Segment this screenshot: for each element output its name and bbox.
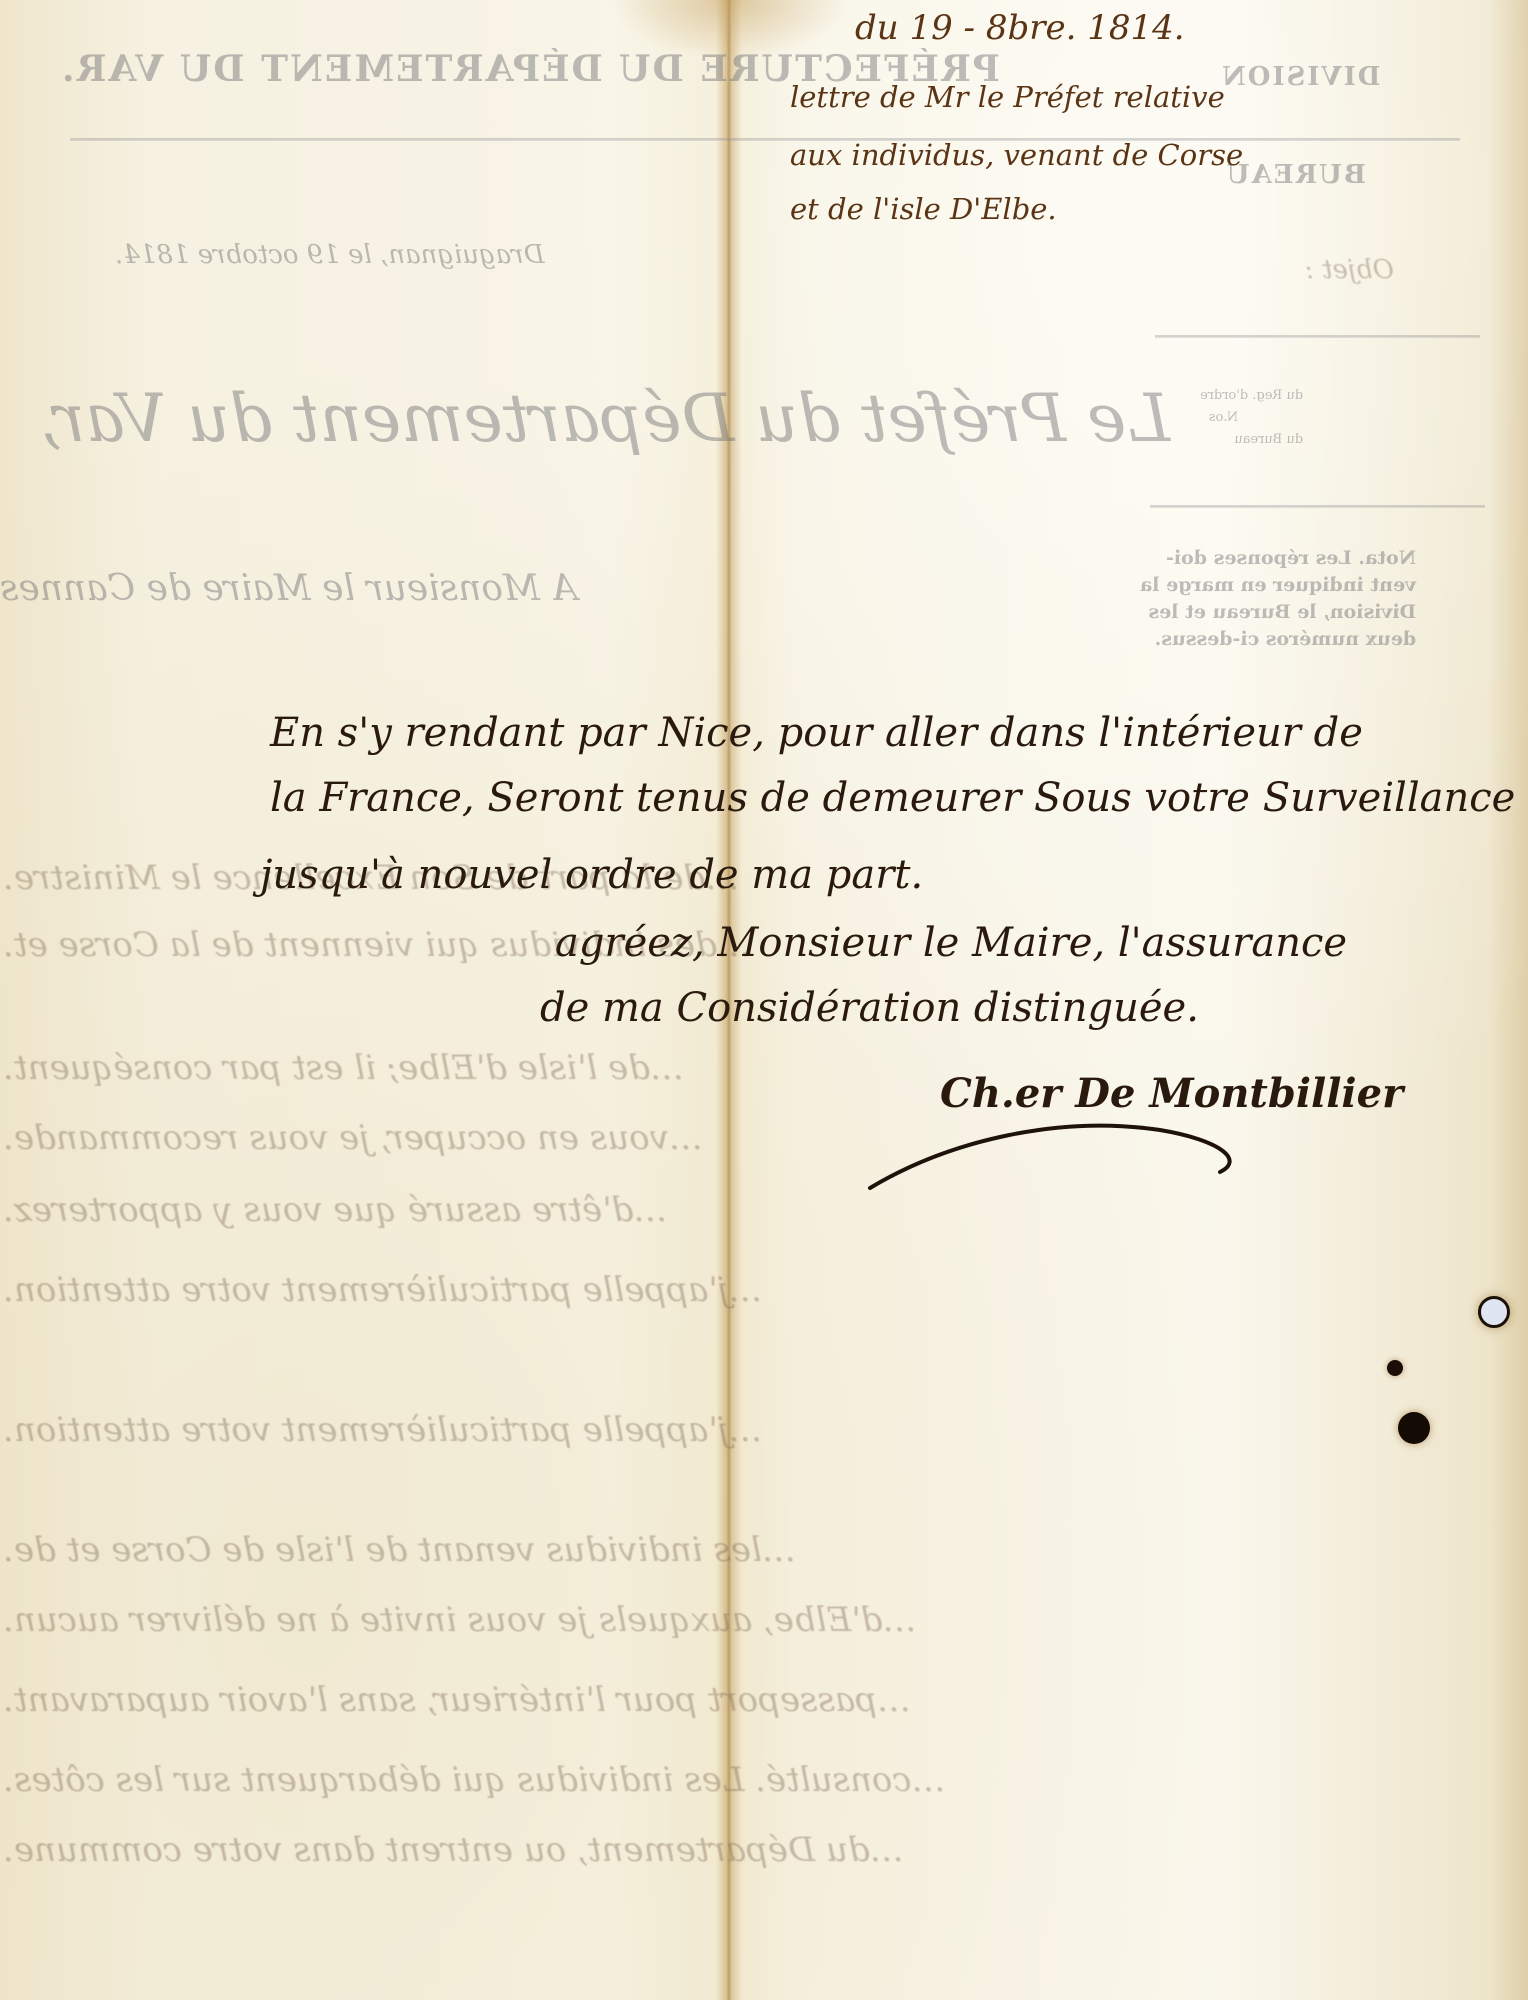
bleed-bureau-label: BUREAU — [1225, 160, 1366, 190]
ink-spot — [1387, 1360, 1403, 1376]
closing-line: de ma Considération distinguée. — [540, 985, 1199, 1031]
bleed-place-date: Draguignan, le 19 octobre 1814. — [115, 240, 544, 270]
paper-edge-shadow — [1488, 0, 1528, 2000]
bleed-margin-number-line2: du Bureau — [1200, 429, 1303, 451]
bleed-margin-number-line1: du Reg. d'ordre — [1200, 385, 1303, 407]
ink-spot — [1398, 1412, 1430, 1444]
bleed-verso-line: …consulté. Les individus qui débarquent … — [0, 1760, 945, 1800]
annotation-line: lettre de Mr le Préfet relative — [790, 80, 1225, 114]
bleed-verso-line: …vous en occuper, je vous recommande… — [0, 1118, 703, 1158]
annotation-date-line: du 19 - 8bre. 1814. — [855, 8, 1185, 48]
bleed-nota-line: vent indiquer en marge la — [1140, 572, 1416, 599]
body-line: la France, Seront tenus de demeurer Sous… — [270, 775, 1515, 821]
bleed-verso-line: …j'appelle particulièrement votre attent… — [0, 1410, 762, 1450]
bleed-verso-line: …d'Elbe, auxquels je vous invite à ne dé… — [0, 1600, 917, 1640]
bleed-margin-rule-1 — [1155, 335, 1480, 338]
bleed-header-rule — [70, 138, 1460, 141]
annotation-line: aux individus, venant de Corse — [790, 138, 1243, 172]
bleed-margin-numbers: du Reg. d'ordre N.os du Bureau — [1200, 385, 1303, 451]
body-line: jusqu'à nouvel ordre de ma part. — [260, 852, 923, 898]
bleed-addressee: A Monsieur le Maire de Cannes — [0, 568, 577, 609]
body-line: En s'y rendant par Nice, pour aller dans… — [270, 710, 1363, 756]
bleed-margin-objet: Objet : — [1305, 255, 1394, 285]
bleed-nota-line: Division, le Bureau et les — [1140, 599, 1416, 626]
bleed-margin-rule-2 — [1150, 505, 1485, 508]
bleed-prefet-title: Le Préfet du Département du Var, — [40, 380, 1170, 457]
bleed-nota-line: deux numéros ci-dessus. — [1140, 626, 1416, 653]
bleed-verso-line: …du Département, ou entrent dans votre c… — [0, 1830, 904, 1870]
signature-flourish — [860, 1110, 1260, 1200]
punched-hole — [1478, 1296, 1510, 1328]
bleed-margin-number-prefix: N.os — [1200, 407, 1238, 429]
bleed-nota-block: Nota. Les réponses doi- vent indiquer en… — [1140, 545, 1416, 653]
bleed-verso-line: …de l'isle d'Elbe; il est par conséquent… — [0, 1048, 684, 1088]
closing-line: agréez, Monsieur le Maire, l'assurance — [555, 920, 1347, 966]
bleed-verso-line: …les individus venant de l'isle de Corse… — [0, 1530, 796, 1570]
annotation-line: et de l'isle D'Elbe. — [790, 192, 1057, 226]
bleed-verso-line: …d'être assuré que vous y apporterez… — [0, 1190, 667, 1230]
bleed-verso-line: …passeport pour l'intérieur, sans l'avoi… — [0, 1680, 911, 1720]
bleed-verso-line: …j'appelle particulièrement votre attent… — [0, 1270, 762, 1310]
bleed-nota-line: Nota. Les réponses doi- — [1140, 545, 1416, 572]
scanned-letter-page: PRÉFECTURE DU DÉPARTEMENT DU VAR. DIVISI… — [0, 0, 1528, 2000]
bleed-division-label: DIVISION — [1220, 62, 1380, 92]
